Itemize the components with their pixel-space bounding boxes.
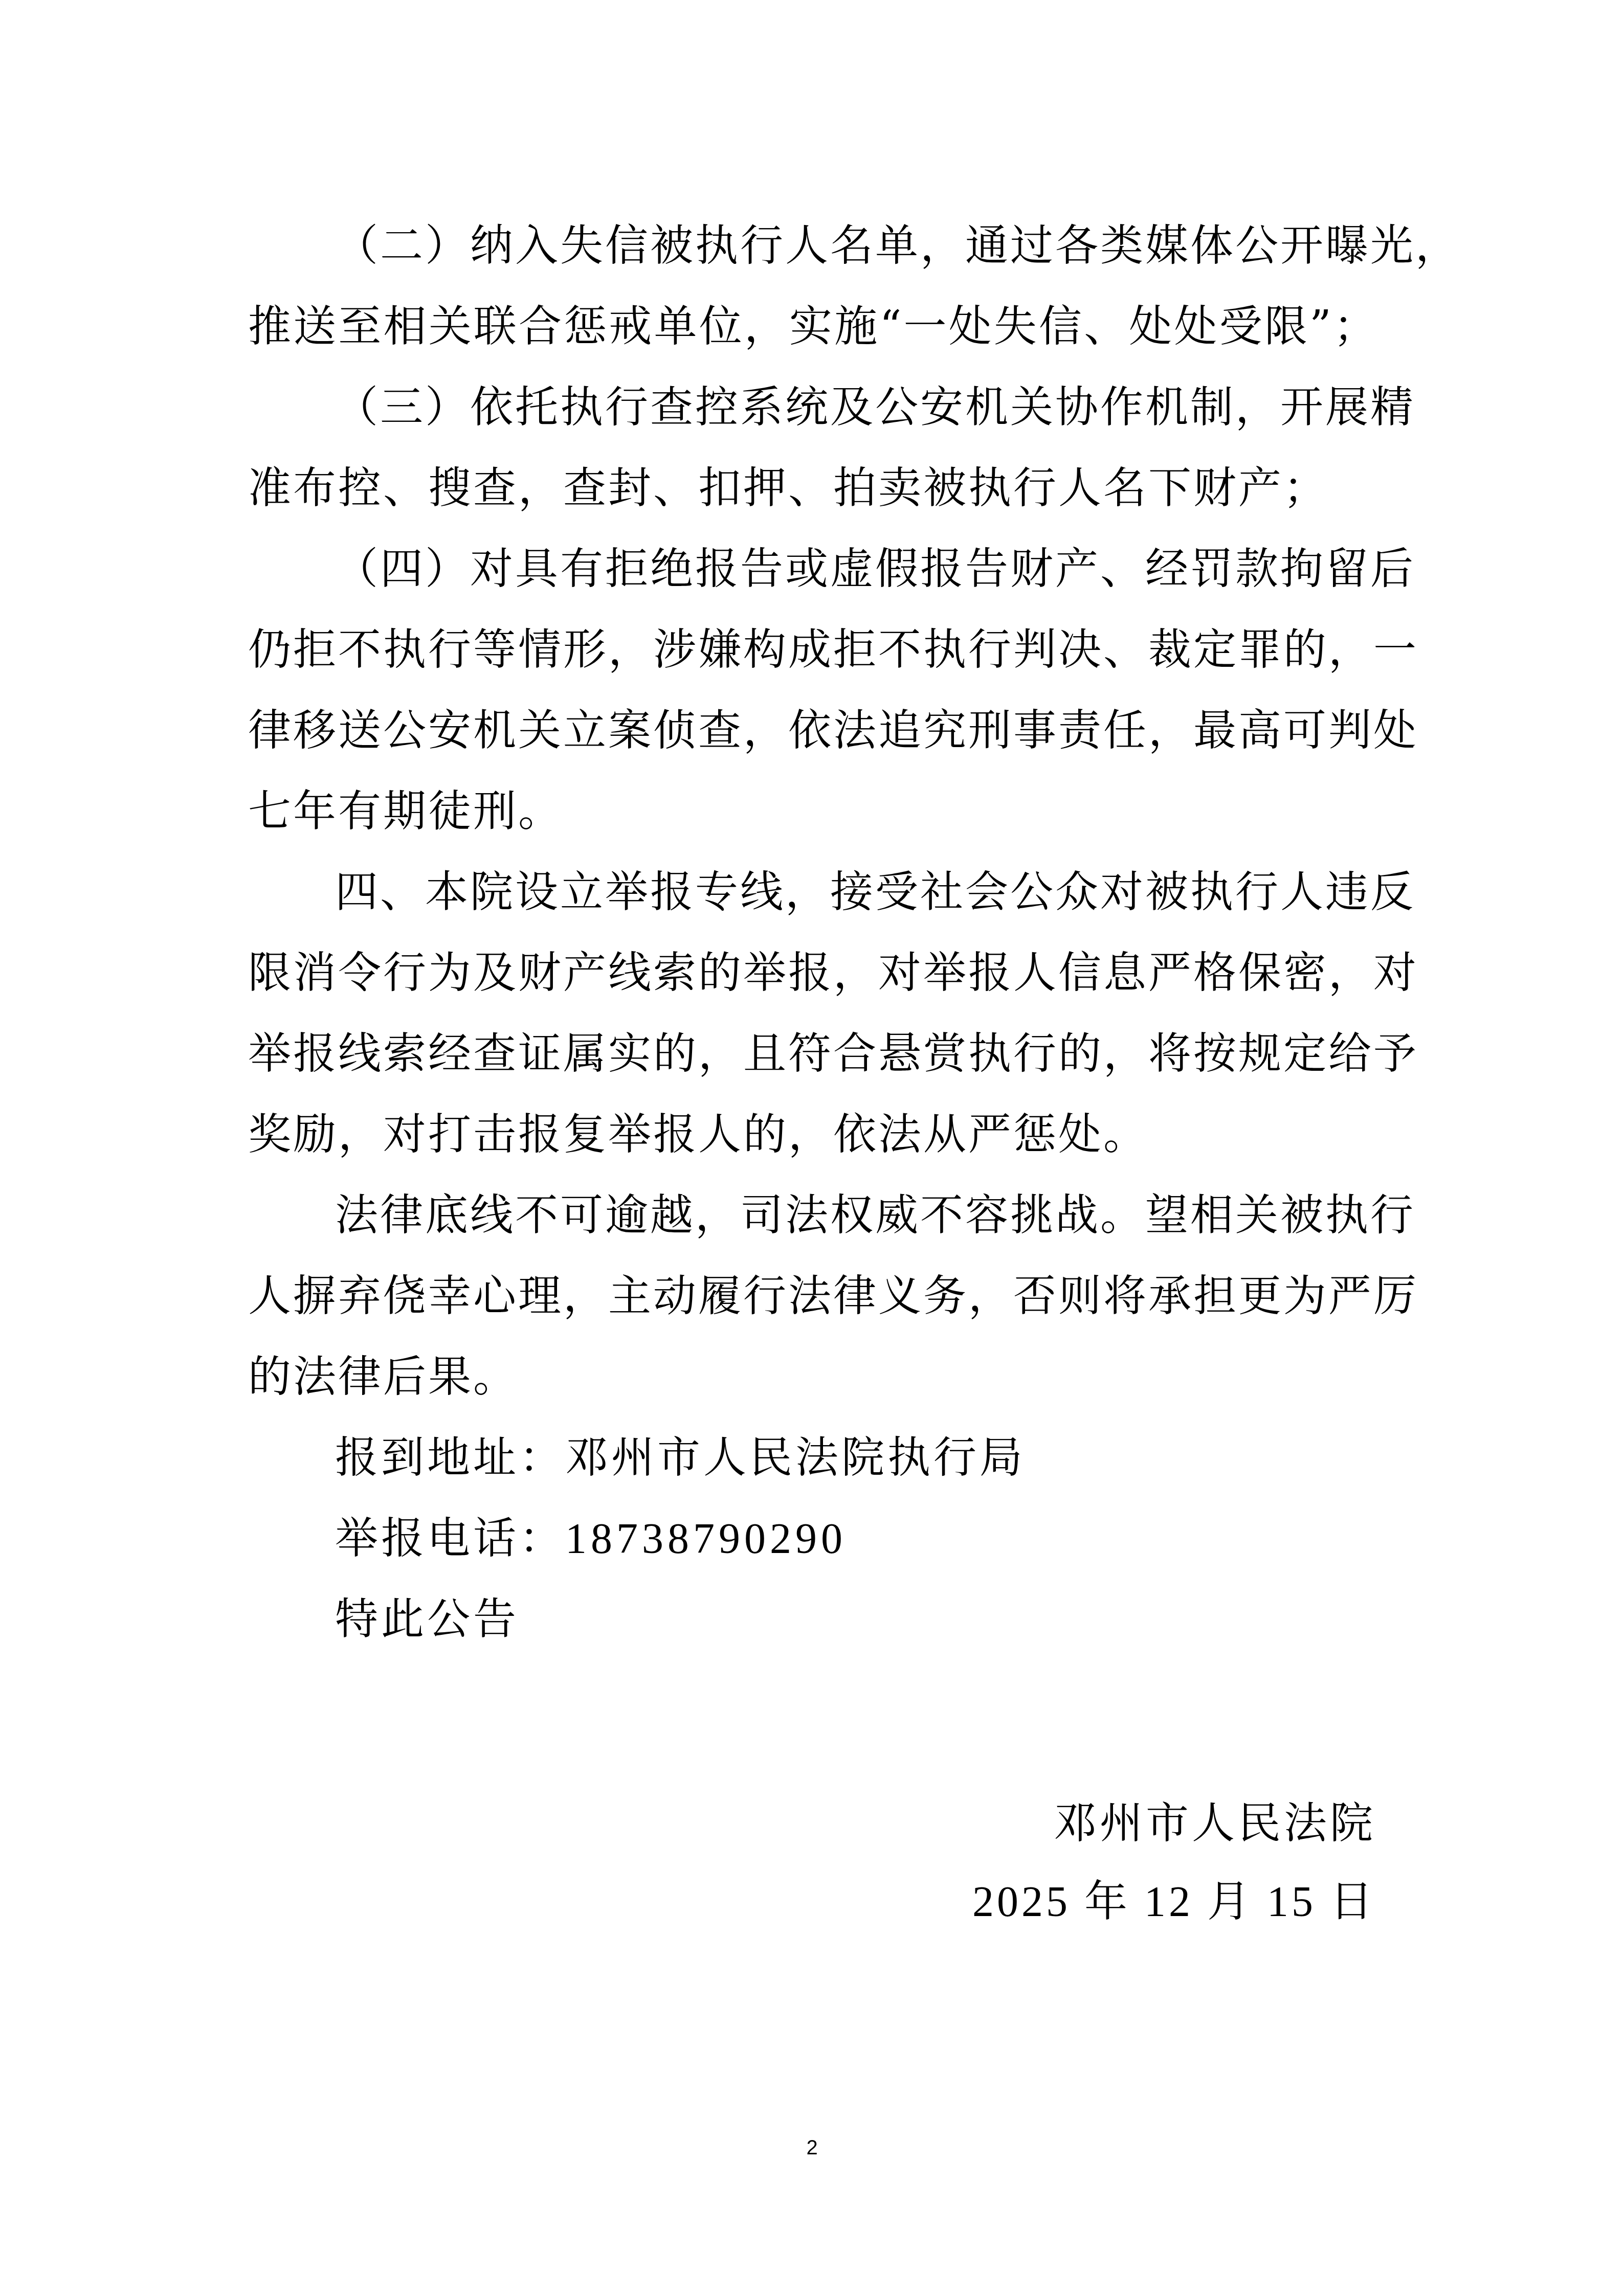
paragraph-item-4-line-1: （四）对具有拒绝报告或虚假报告财产、经罚款拘留后	[335, 538, 1378, 599]
paragraph-section-4-line-4: 奖励，对打击报复举报人的，依法从严惩处。	[248, 1104, 1378, 1165]
issuer-name: 邓州市人民法院	[1054, 1792, 1376, 1854]
contact-phone: 举报电话：18738790290	[335, 1507, 1378, 1569]
paragraph-item-2-line-2: 推送至相关联合惩戒单位，实施“一处失信、处处受限”；	[248, 296, 1378, 357]
paragraph-closing-line-3: 的法律后果。	[248, 1346, 1378, 1407]
contact-address: 报到地址：邓州市人民法院执行局	[335, 1427, 1378, 1488]
address-value: 邓州市人民法院执行局	[565, 1432, 1026, 1482]
paragraph-item-4-line-3: 律移送公安机关立案侦查，依法追究刑事责任，最高可判处	[248, 700, 1378, 761]
page-number: 2	[0, 2132, 1624, 2163]
paragraph-section-4-line-3: 举报线索经查证属实的，且符合悬赏执行的，将按规定给予	[248, 1023, 1378, 1084]
paragraph-item-3-line-1: （三）依托执行查控系统及公安机关协作机制，开展精	[335, 376, 1378, 438]
phone-value: 18738790290	[565, 1515, 847, 1563]
paragraph-item-3-line-2: 准布控、搜查，查封、扣押、拍卖被执行人名下财产；	[248, 457, 1378, 519]
paragraph-closing-line-1: 法律底线不可逾越，司法权威不容挑战。望相关被执行	[335, 1184, 1378, 1246]
paragraph-item-2-line-1: （二）纳入失信被执行人名单，通过各类媒体公开曝光，	[335, 215, 1378, 276]
paragraph-closing-line-2: 人摒弃侥幸心理，主动履行法律义务，否则将承担更为严厉	[248, 1265, 1378, 1326]
issue-date: 2025 年 12 月 15 日	[972, 1872, 1376, 1933]
notice-text: 特此公告	[335, 1588, 1378, 1650]
paragraph-item-4-line-2: 仍拒不执行等情形，涉嫌构成拒不执行判决、裁定罪的，一	[248, 619, 1378, 680]
address-label: 报到地址：	[335, 1432, 565, 1482]
paragraph-section-4-line-1: 四、本院设立举报专线，接受社会公众对被执行人违反	[335, 861, 1378, 922]
document-page: （二）纳入失信被执行人名单，通过各类媒体公开曝光， 推送至相关联合惩戒单位，实施…	[0, 0, 1624, 2296]
paragraph-item-4-line-4: 七年有期徒刑。	[248, 780, 1378, 842]
paragraph-section-4-line-2: 限消令行为及财产线索的举报，对举报人信息严格保密，对	[248, 942, 1378, 1003]
phone-label: 举报电话：	[335, 1513, 565, 1563]
